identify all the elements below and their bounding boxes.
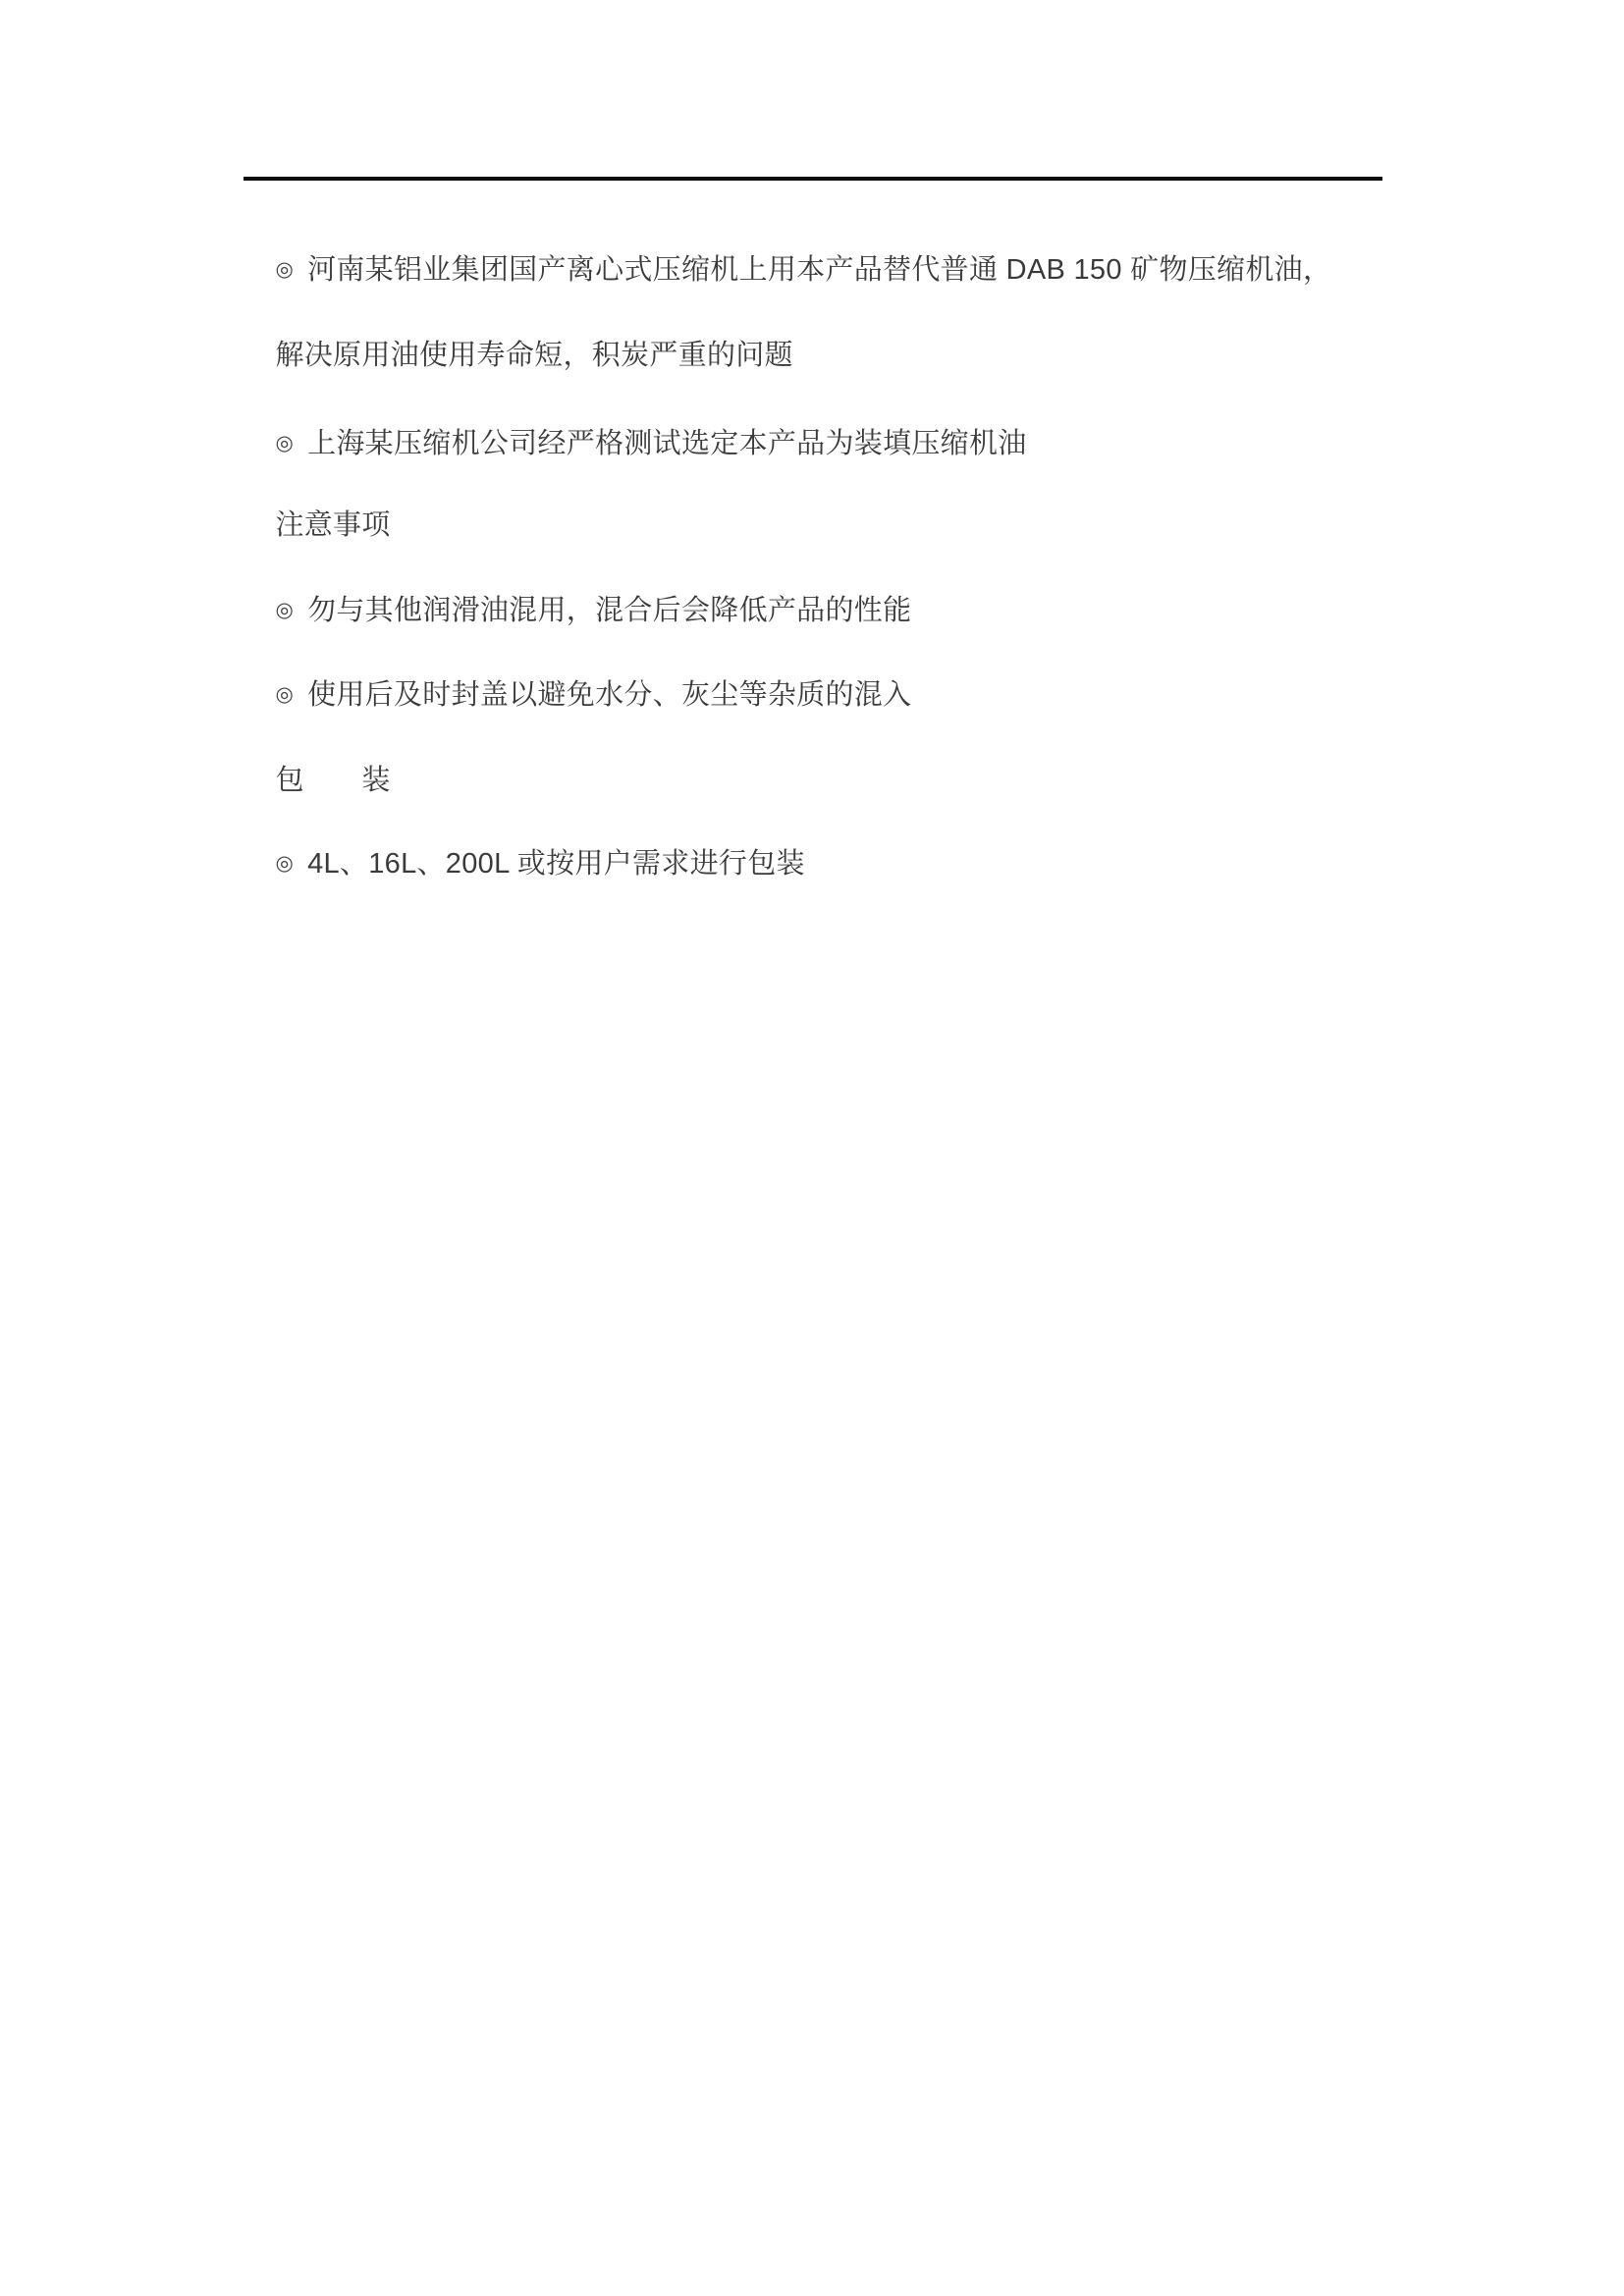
bullet-item-text: 上海某压缩机公司经严格测试选定本产品为装填压缩机油: [307, 428, 1027, 459]
bullet-item-package-sizes: ◎4L、16L、200L 或按用户需求进行包装: [243, 814, 805, 914]
header-divider-rule: [244, 177, 1382, 181]
document-page: ◎河南某铝业集团国产离心式压缩机上用本产品替代普通 DAB 150 矿物压缩机油…: [0, 0, 1624, 2296]
paragraph-text: 解决原用油使用寿命短，积炭严重的问题: [275, 340, 792, 371]
bullet-icon: ◎: [275, 594, 294, 627]
bullet-icon: ◎: [275, 678, 294, 712]
bullet-icon: ◎: [275, 847, 294, 881]
section-heading-text: 注意事项: [275, 509, 390, 541]
bullet-icon: ◎: [275, 253, 294, 287]
section-heading-text: 包 装: [275, 765, 390, 796]
bullet-item-text: 勿与其他润滑油混用，混合后会降低产品的性能: [307, 595, 911, 626]
bullet-item-text: 使用后及时封盖以避免水分、灰尘等杂质的混入: [307, 679, 911, 711]
bullet-item-text: 4L、16L、200L 或按用户需求进行包装: [307, 848, 805, 880]
bullet-icon: ◎: [275, 427, 294, 460]
paragraph-continuation: 解决原用油使用寿命短，积炭严重的问题: [243, 305, 793, 405]
bullet-item-text: 河南某铝业集团国产离心式压缩机上用本产品替代普通 DAB 150 矿物压缩机油，: [307, 254, 1331, 286]
